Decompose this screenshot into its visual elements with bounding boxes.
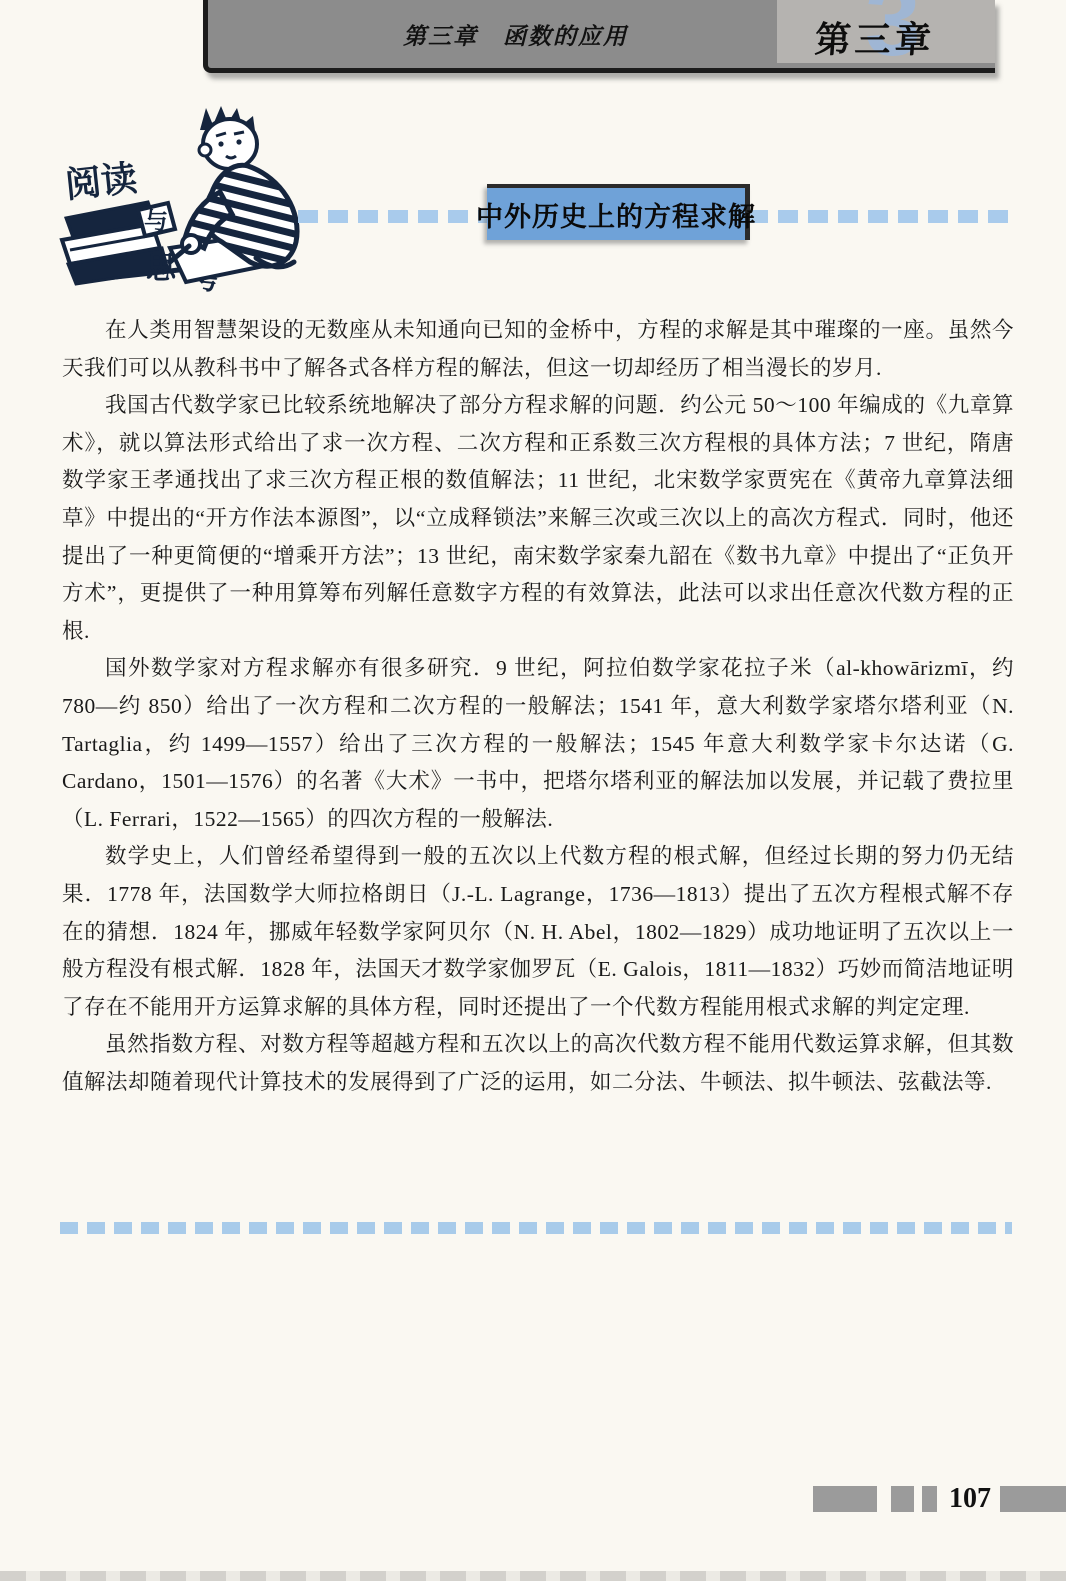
chapter-tab-label: 第三章 [813, 12, 937, 63]
bottom-dash-border [60, 1222, 1012, 1234]
paragraph-intro: 在人类用智慧架设的无数座从未知通向已知的金桥中，方程的求解是其中璀璨的一座。虽然… [62, 312, 1014, 387]
paragraph-numerical-methods: 虽然指数方程、对数方程等超越方程和五次以上的高次代数方程不能用代数运算求解，但其… [62, 1026, 1014, 1101]
illustration-label-and: 与 [144, 207, 168, 235]
footer-gray-block [891, 1486, 914, 1512]
article-body: 在人类用智慧架设的无数座从未知通向已知的金桥中，方程的求解是其中璀璨的一座。虽然… [62, 312, 1014, 1101]
footer-gray-block [813, 1486, 877, 1512]
paragraph-foreign-history: 国外数学家对方程求解亦有很多研究．9 世纪，阿拉伯数学家花拉子米（al-khow… [62, 650, 1014, 838]
illustration-label-and-tag: 与 [138, 203, 175, 236]
reading-boy-drawing: 阅读 与 思 考 [50, 90, 316, 295]
illustration-label-reading: 阅读 [63, 157, 139, 205]
chapter-tab: 3 第三章 [777, 0, 995, 63]
footer-gray-block [1000, 1486, 1066, 1512]
paragraph-chinese-history: 我国古代数学家已比较系统地解决了部分方程求解的问题．约公元 50～100 年编成… [62, 387, 1014, 650]
footer-gray-block [922, 1486, 937, 1512]
page-footer: 107 [0, 1486, 1066, 1516]
scan-edge-strip [0, 1571, 1066, 1581]
running-title: 第三章 函数的应用 [403, 18, 628, 51]
section-title-banner: 中外历史上的方程求解 [487, 184, 750, 240]
section-title: 中外历史上的方程求解 [476, 195, 756, 234]
page-number: 107 [942, 1483, 998, 1515]
reading-thinking-illustration: 阅读 与 思 考 [50, 90, 316, 295]
chapter-header-bar: 第三章 函数的应用 3 第三章 [203, 0, 995, 73]
boy-figure [170, 106, 297, 267]
paragraph-quintic: 数学史上，人们曾经希望得到一般的五次以上代数方程的根式解，但经过长期的努力仍无结… [62, 838, 1014, 1026]
